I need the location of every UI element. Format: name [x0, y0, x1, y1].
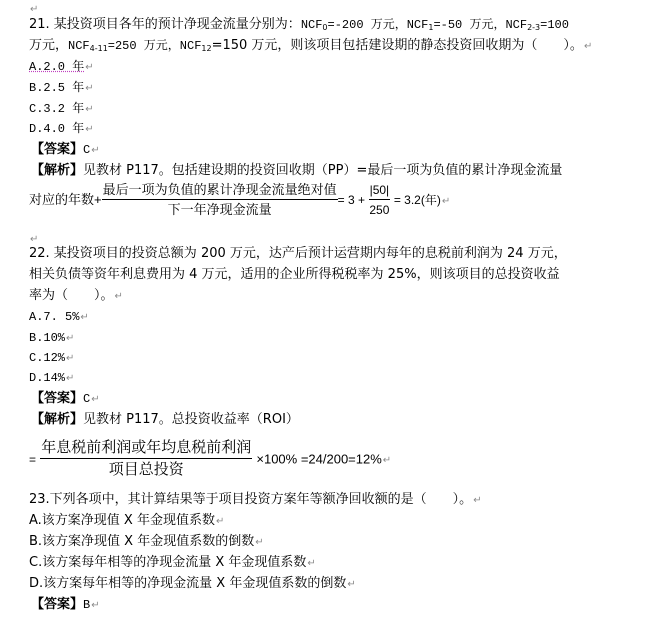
- analysis-line: 【解析】见教材 P117。包括建设期的投资回收期（PP）=最后一项为负值的累计净…: [31, 163, 562, 179]
- option-c: C.该方案每年相等的净现金流量 X 年金现值系数↵: [29, 555, 316, 572]
- option-b: B.2.5 年↵: [29, 80, 94, 97]
- analysis-line: 【解析】见教材 P117。总投资收益率（ROI）: [31, 412, 299, 428]
- answer-value: B: [83, 598, 90, 612]
- payback-formula: 对应的年数+最后一项为负值的累计净现金流量绝对值下一年净现金流量= 3 + |5…: [29, 181, 450, 220]
- answer-value: C: [83, 143, 90, 157]
- option-b: B.10%↵: [29, 330, 74, 347]
- option-b: B.该方案净现值 X 年金现值系数的倒数↵: [29, 534, 264, 551]
- roi-formula: = 年息税前利润或年均息税前利润项目总投资 ×100% =24/200=12%↵: [29, 438, 391, 481]
- fraction: |50|250: [369, 181, 391, 220]
- question-21-stem-line1: 21. 某投资项目各年的预计净现金流量分别为：NCF0=-200 万元，NCF1…: [29, 17, 569, 36]
- option-a: A.2.0 年↵: [29, 59, 94, 76]
- answer-line: 【答案】B↵: [31, 597, 100, 614]
- option-c: C.3.2 年↵: [29, 101, 94, 118]
- question-23-stem: 23.下列各项中，其计算结果等于项目投资方案年等额净回收额的是（ ）。↵: [29, 492, 482, 509]
- question-22-stem-line3: 率为（ ）。↵: [29, 288, 123, 305]
- fraction: 最后一项为负值的累计净现金流量绝对值下一年净现金流量: [102, 181, 338, 220]
- option-d: D.该方案每年相等的净现金流量 X 年金现值系数的倒数↵: [29, 576, 356, 593]
- question-21-stem-line2: 万元，NCF4-11=250 万元，NCF12=150 万元，则该项目包括建设期…: [29, 38, 592, 57]
- paragraph-mark: ↵: [30, 2, 38, 18]
- option-a: A.7. 5%↵: [29, 309, 89, 326]
- question-22-stem-line1: 22. 某投资项目的投资总额为 200 万元，达产后预计运营期内每年的息税前利润…: [29, 246, 567, 262]
- fraction: 年息税前利润或年均息税前利润项目总投资: [40, 438, 252, 481]
- option-d: D.14%↵: [29, 370, 74, 387]
- answer-line: 【答案】C↵: [31, 142, 100, 159]
- option-a: A.该方案净现值 X 年金现值系数↵: [29, 513, 224, 530]
- option-c: C.12%↵: [29, 350, 74, 367]
- option-d: D.4.0 年↵: [29, 121, 94, 138]
- answer-line: 【答案】C↵: [31, 391, 100, 408]
- question-22-stem-line2: 相关负债等资年利息费用为 4 万元，适用的企业所得税税率为 25%，则该项目的总…: [29, 267, 560, 283]
- answer-value: C: [83, 392, 90, 406]
